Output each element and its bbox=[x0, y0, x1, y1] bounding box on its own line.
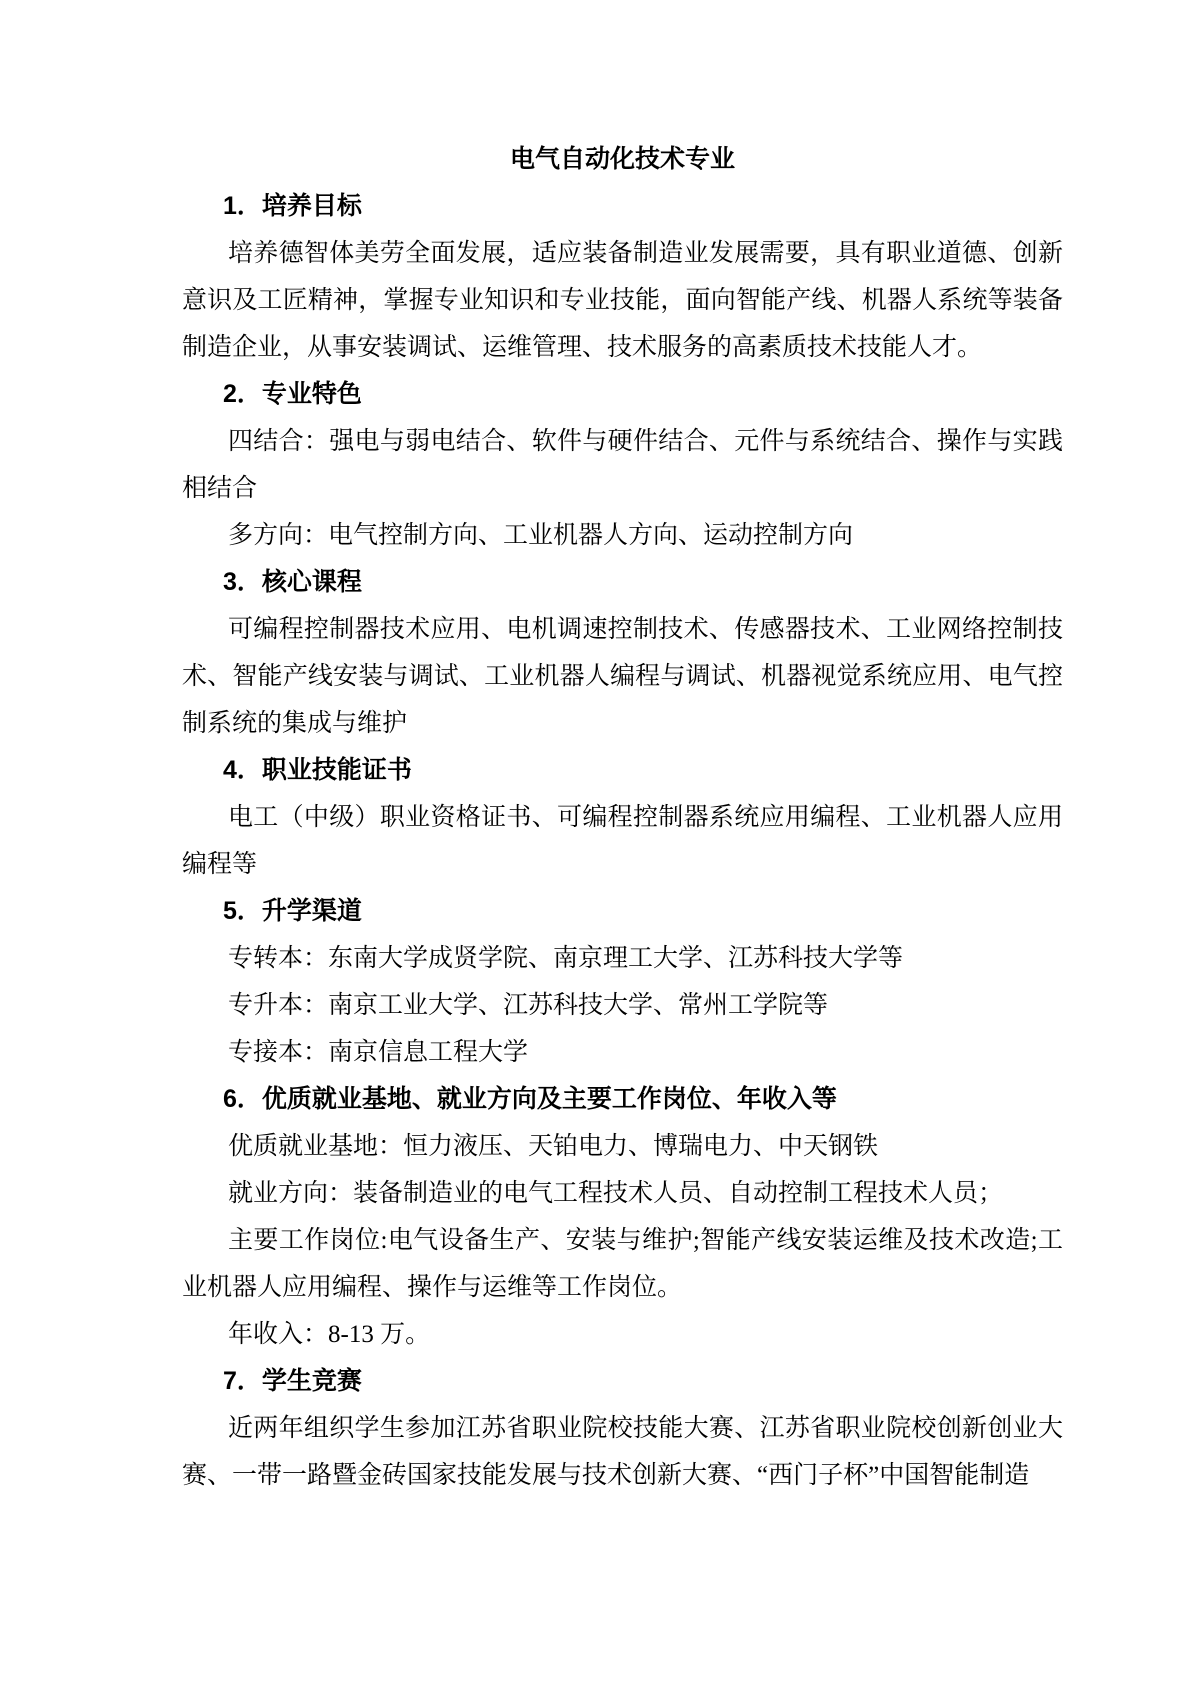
document-title: 电气自动化技术专业 bbox=[182, 136, 1063, 183]
section-heading-6: 6．优质就业基地、就业方向及主要工作岗位、年收入等 bbox=[182, 1076, 1063, 1123]
section-heading-1: 1．培养目标 bbox=[182, 183, 1063, 230]
section-5-paragraph: 专升本：南京工业大学、江苏科技大学、常州工学院等 bbox=[182, 982, 1063, 1029]
section-2-paragraph: 四结合：强电与弱电结合、软件与硬件结合、元件与系统结合、操作与实践相结合 bbox=[182, 418, 1063, 512]
section-heading-4: 4．职业技能证书 bbox=[182, 747, 1063, 794]
document-content: 电气自动化技术专业 1．培养目标 培养德智体美劳全面发展，适应装备制造业发展需要… bbox=[182, 136, 1063, 1499]
section-4-paragraph: 电工（中级）职业资格证书、可编程控制器系统应用编程、工业机器人应用编程等 bbox=[182, 794, 1063, 888]
section-3-paragraph: 可编程控制器技术应用、电机调速控制技术、传感器技术、工业网络控制技术、智能产线安… bbox=[182, 606, 1063, 747]
section-6-paragraph: 主要工作岗位:电气设备生产、安装与维护;智能产线安装运维及技术改造;工业机器人应… bbox=[182, 1217, 1063, 1311]
section-heading-5: 5．升学渠道 bbox=[182, 888, 1063, 935]
document-page: 电气自动化技术专业 1．培养目标 培养德智体美劳全面发展，适应装备制造业发展需要… bbox=[0, 0, 1191, 1684]
section-5-paragraph: 专转本：东南大学成贤学院、南京理工大学、江苏科技大学等 bbox=[182, 935, 1063, 982]
section-1-paragraph: 培养德智体美劳全面发展，适应装备制造业发展需要，具有职业道德、创新意识及工匠精神… bbox=[182, 230, 1063, 371]
section-6-paragraph: 就业方向：装备制造业的电气工程技术人员、自动控制工程技术人员； bbox=[182, 1170, 1063, 1217]
section-2-paragraph: 多方向：电气控制方向、工业机器人方向、运动控制方向 bbox=[182, 512, 1063, 559]
section-6-paragraph: 年收入：8-13 万。 bbox=[182, 1311, 1063, 1358]
section-6-paragraph: 优质就业基地：恒力液压、天铂电力、博瑞电力、中天钢铁 bbox=[182, 1123, 1063, 1170]
section-7-paragraph: 近两年组织学生参加江苏省职业院校技能大赛、江苏省职业院校创新创业大赛、一带一路暨… bbox=[182, 1405, 1063, 1499]
section-heading-3: 3．核心课程 bbox=[182, 559, 1063, 606]
section-heading-7: 7．学生竞赛 bbox=[182, 1358, 1063, 1405]
section-heading-2: 2．专业特色 bbox=[182, 371, 1063, 418]
section-5-paragraph: 专接本：南京信息工程大学 bbox=[182, 1029, 1063, 1076]
